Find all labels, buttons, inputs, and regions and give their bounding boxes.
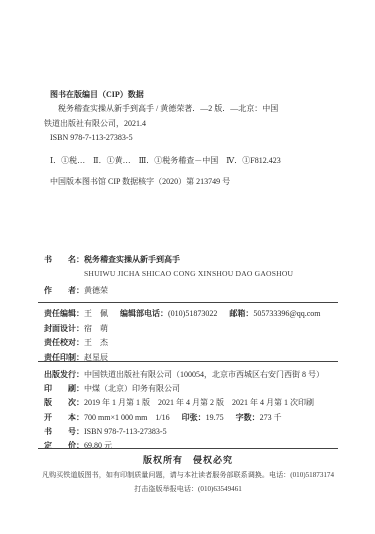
staff-credits-block: 责任编辑：王 佩编辑部电话：(010)51873022邮箱：505733396@…: [44, 307, 342, 365]
publisher-value: 中国铁道出版社有限公司（100054，北京市西城区右安门西街 8 号）: [84, 370, 324, 379]
email-label: 邮箱：: [229, 309, 253, 318]
edition-label: 版 次：: [44, 396, 84, 410]
format-label: 开 本：: [44, 411, 84, 425]
edition-row: 版 次：2019 年 1 月第 1 版 2021 年 4 月第 2 版 2021…: [44, 396, 342, 410]
cip-entry-line2: 铁道出版社有限公司，2021.4: [44, 117, 342, 131]
book-title-pinyin: SHUIWU JICHA SHICAO CONG XINSHOU DAO GAO…: [44, 267, 342, 281]
divider-line: [38, 361, 338, 362]
cip-entry-line1: 税务稽查实操从新手到高手 / 黄德荣著．—2 版．—北京：中国: [44, 102, 342, 116]
staff-row: 封面设计：宿 萌: [44, 322, 342, 337]
print-supervisor-label: 责任印制：: [44, 351, 84, 366]
reader-service-line: 凡购买铁道版图书，如有印制质量问题，请与本社读者服务部联系调换。电话：(010)…: [38, 469, 338, 483]
format-value: 700 mm×1 000 mm 1/16: [84, 413, 170, 422]
book-number-row: 书 号：ISBN 978-7-113-27383-5: [44, 425, 342, 439]
printer-value: 中煤（北京）印务有限公司: [84, 384, 180, 393]
book-title: 税务稽查实操从新手到高手: [84, 255, 180, 264]
book-author-label: 作 者：: [44, 284, 84, 298]
copyright-notice: 版权所有 侵权必究: [38, 453, 338, 467]
cip-data-block: 图书在版编目（CIP）数据 税务稽查实操从新手到高手 / 黄德荣著．—2 版．—…: [44, 88, 342, 189]
book-author-row: 作 者：黄德荣: [44, 284, 342, 298]
book-number-label: 书 号：: [44, 425, 84, 439]
divider-line: [38, 448, 338, 449]
editorial-phone: (010)51873022: [168, 309, 217, 318]
price-row: 定 价：69.80 元: [44, 439, 342, 453]
editorial-phone-label: 编辑部电话：: [120, 309, 168, 318]
staff-row: 责任编辑：王 佩编辑部电话：(010)51873022邮箱：505733396@…: [44, 307, 342, 322]
editor-label: 责任编辑：: [44, 307, 84, 322]
printer-label: 印 刷：: [44, 382, 84, 396]
proofreader-label: 责任校对：: [44, 336, 84, 351]
publisher-label: 出版发行：: [44, 368, 84, 382]
edition-value: 2019 年 1 月第 1 版 2021 年 4 月第 2 版 2021 年 4…: [84, 398, 314, 407]
book-title-label: 书 名：: [44, 253, 84, 267]
book-author: 黄德荣: [84, 286, 108, 295]
staff-row: 责任校对：王 杰: [44, 336, 342, 351]
publication-info-block: 出版发行：中国铁道出版社有限公司（100054，北京市西城区右安门西街 8 号）…: [44, 368, 342, 453]
word-count-value: 273 千: [260, 413, 282, 422]
anti-piracy-line: 打击盗版举报电话：(010)63549461: [38, 483, 338, 497]
sheets-label: 印张：: [182, 413, 206, 422]
colophon-page: 图书在版编目（CIP）数据 税务稽查实操从新手到高手 / 黄德荣著．—2 版．—…: [0, 0, 375, 534]
copyright-notice-block: 版权所有 侵权必究 凡购买铁道版图书，如有印制质量问题，请与本社读者服务部联系调…: [38, 453, 338, 496]
cip-header: 图书在版编目（CIP）数据: [44, 88, 342, 102]
editor-name: 王 佩: [84, 309, 108, 318]
book-number-value: ISBN 978-7-113-27383-5: [84, 427, 167, 436]
cover-designer-label: 封面设计：: [44, 322, 84, 337]
proofreader-name: 王 杰: [84, 338, 108, 347]
price-label: 定 价：: [44, 439, 84, 453]
publisher-row: 出版发行：中国铁道出版社有限公司（100054，北京市西城区右安门西街 8 号）: [44, 368, 342, 382]
book-title-row: 书 名：税务稽查实操从新手到高手: [44, 253, 342, 267]
format-row: 开 本：700 mm×1 000 mm 1/16印张：19.75字数：273 千: [44, 411, 342, 425]
cover-designer-name: 宿 萌: [84, 324, 108, 333]
book-title-block: 书 名：税务稽查实操从新手到高手 SHUIWU JICHA SHICAO CON…: [44, 253, 342, 298]
word-count-label: 字数：: [236, 413, 260, 422]
divider-line: [38, 302, 338, 303]
cip-record-number: 中国版本图书馆 CIP 数据核字（2020）第 213749 号: [44, 175, 342, 189]
email-value: 505733396@qq.com: [253, 309, 320, 318]
printer-row: 印 刷：中煤（北京）印务有限公司: [44, 382, 342, 396]
cip-classification: Ⅰ．①税… Ⅱ．①黄… Ⅲ．①税务稽查－中国 Ⅳ．①F812.423: [44, 154, 342, 168]
sheets-value: 19.75: [206, 413, 224, 422]
cip-isbn: ISBN 978-7-113-27383-5: [44, 131, 342, 145]
staff-row: 责任印制：赵星辰: [44, 351, 342, 366]
